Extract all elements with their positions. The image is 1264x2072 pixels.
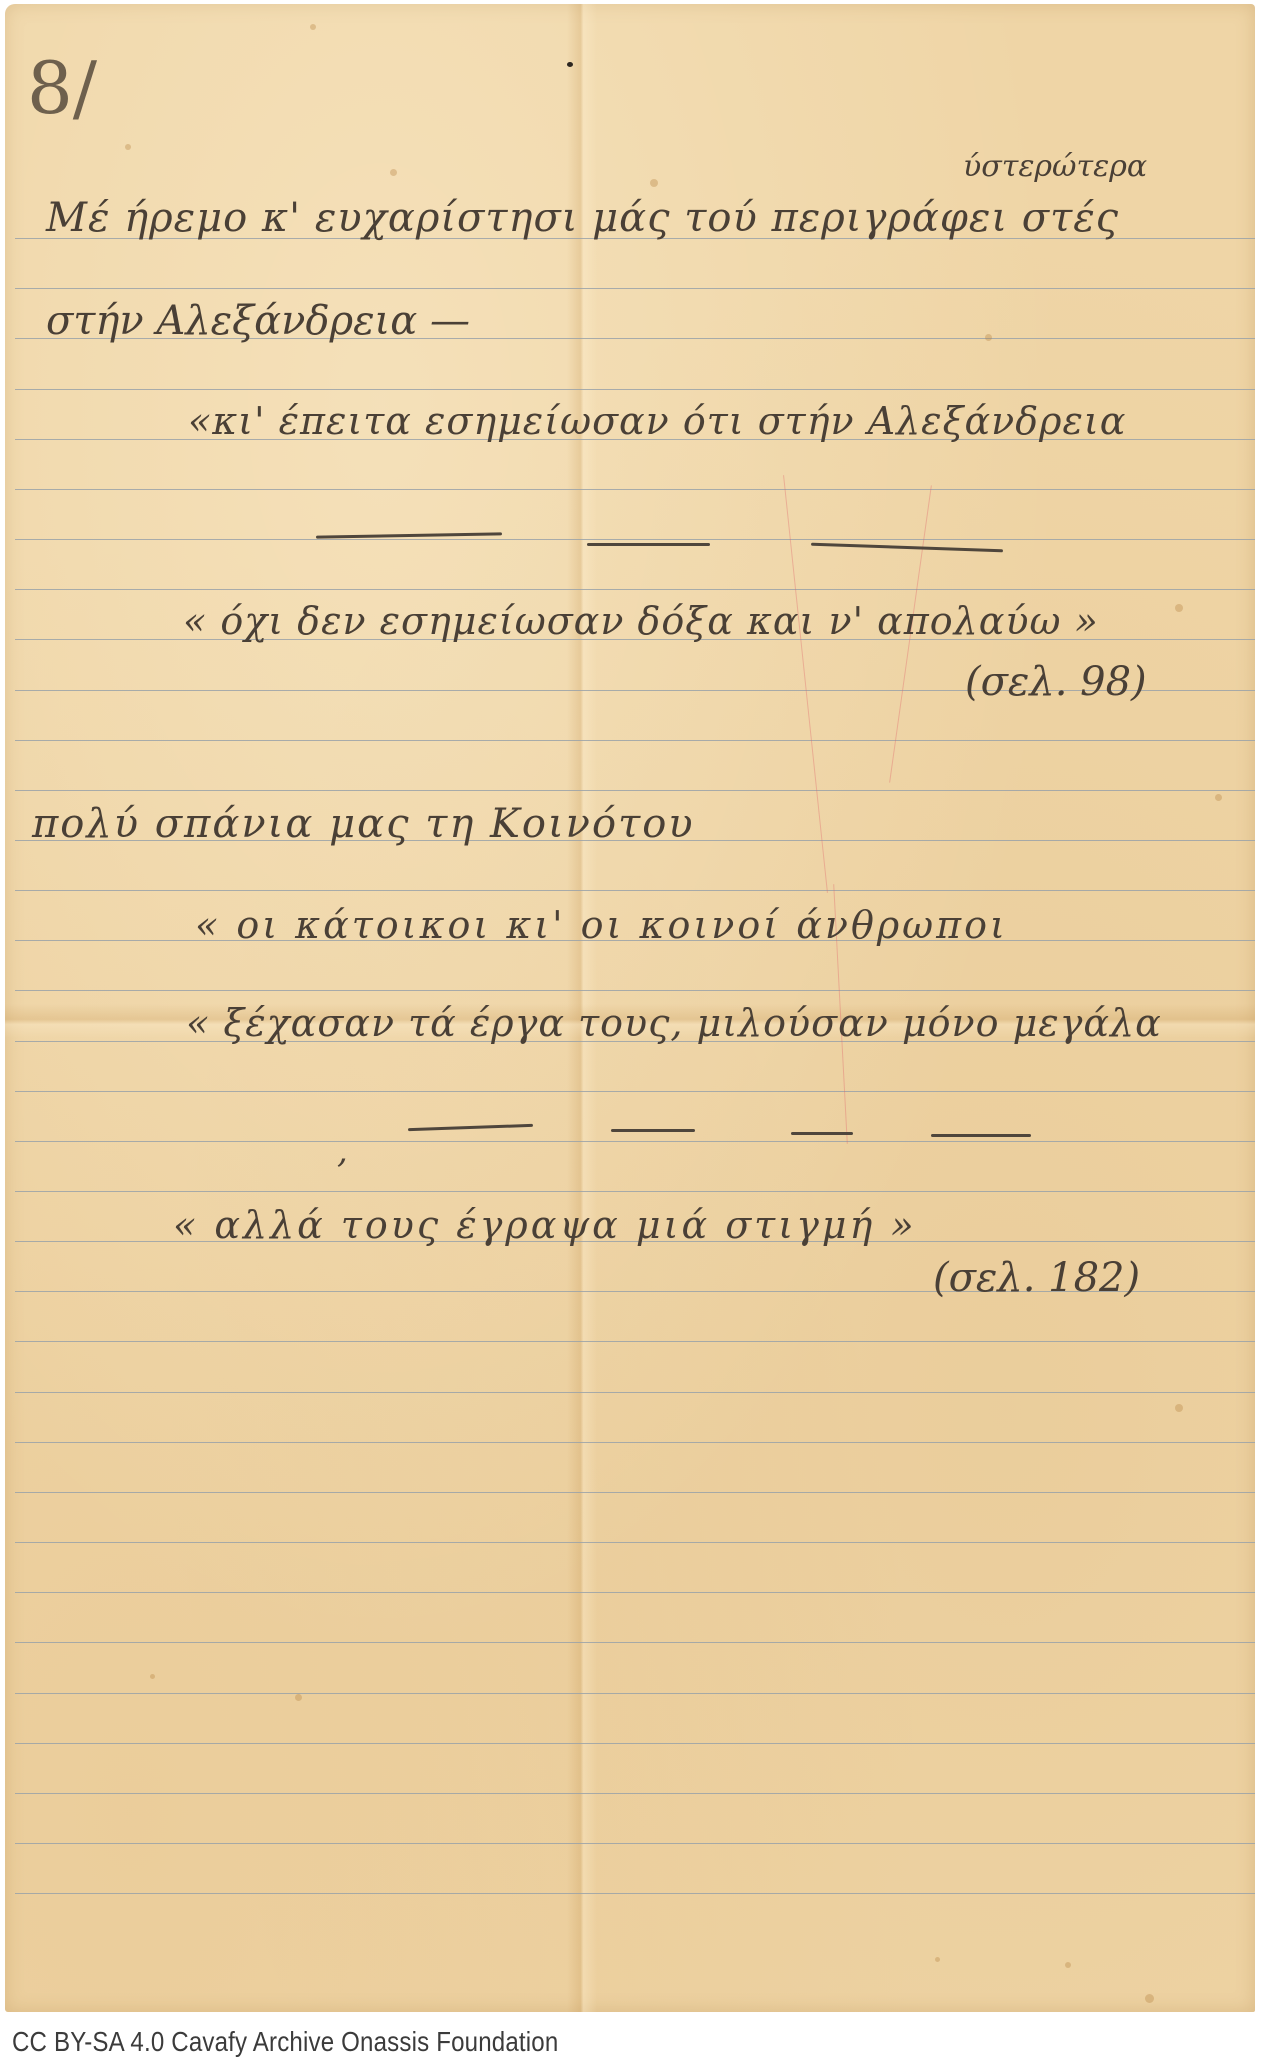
comma-mark: , bbox=[337, 1134, 348, 1168]
page-reference-98: (σελ. 98) bbox=[965, 662, 1147, 702]
interlinear-addition: ύστερώτερα bbox=[963, 152, 1147, 182]
manuscript-line-1: Μέ ήρεμο κ' ευχαρίστησι μάς τού περιγράφ… bbox=[46, 198, 1119, 238]
ink-blot bbox=[567, 62, 573, 67]
manuscript-page: 8/ ύστερώτερα Μέ ήρεμο κ' ευχαρίστησι μά… bbox=[5, 4, 1255, 2012]
red-pencil-mark bbox=[783, 475, 828, 893]
page-reference-182: (σελ. 182) bbox=[933, 1258, 1140, 1298]
manuscript-line-2: στήν Αλεξάνδρεια — bbox=[46, 301, 470, 341]
license-caption: CC BY-SA 4.0 Cavafy Archive Onassis Foun… bbox=[12, 2026, 558, 2058]
manuscript-line-3: πολύ σπάνια μας τη Κοινότου bbox=[32, 804, 695, 844]
quote-line-4: « ξέχασαν τά έργα τους, μιλούσαν μόνο με… bbox=[186, 1004, 1162, 1042]
quote-line-2: « όχι δεν εσημείωσαν δόξα και ν' απολαύω… bbox=[183, 602, 1099, 640]
quote-line-5: « αλλά τους έγραψα μιά στιγμή » bbox=[173, 1206, 917, 1244]
quote-line-3: « οι κάτοικοι κι' οι κοινοί άνθρωποι bbox=[195, 906, 1008, 944]
page-number-mark: 8/ bbox=[27, 52, 97, 124]
quote-line-1: «κι' έπειτα εσημείωσαν ότι στήν Αλεξάνδρ… bbox=[188, 402, 1126, 440]
